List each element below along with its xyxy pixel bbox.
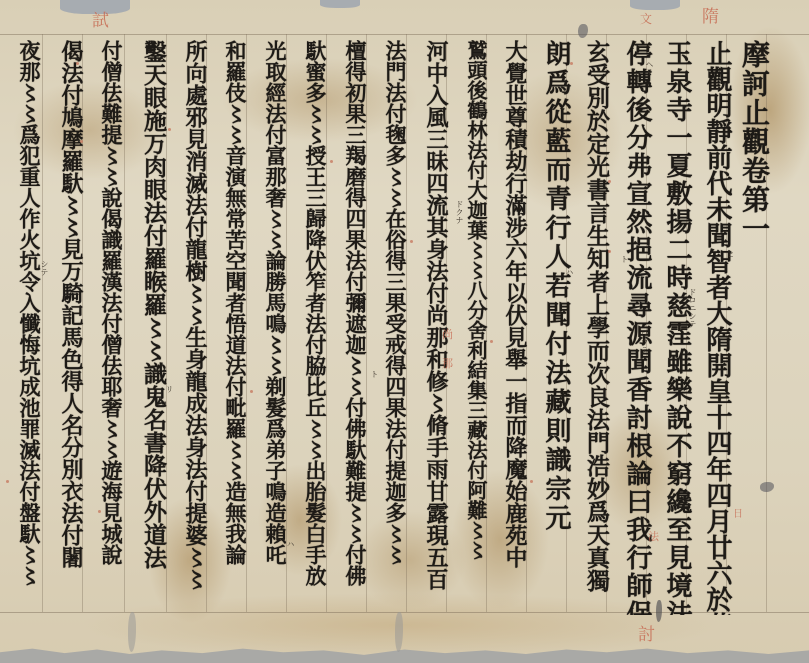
red-punctuation-dot bbox=[608, 180, 611, 183]
manuscript-column-16: 付僧佉難提〻〻說偈識羅漢法付僧佉耶奢〻〻遊海見城說 bbox=[90, 40, 130, 615]
red-punctuation-dot bbox=[98, 510, 101, 513]
red-punctuation-dot bbox=[80, 140, 83, 143]
red-punctuation-dot bbox=[250, 390, 253, 393]
manuscript-column-4: 玄受別於定光書言生知者上學而次良法門浩妙爲天真獨 bbox=[575, 40, 615, 615]
interlinear-gloss: ワウテ bbox=[640, 330, 649, 354]
manuscript-column-13: 和羅伎〻〻音演無常苦空聞者悟道法付毗羅〻〻造無我論 bbox=[214, 40, 254, 615]
manuscript-column-10: 檀得初果三羯磨得四果法付彌遮迦〻〻付佛馱難提〻〻付佛 bbox=[334, 40, 374, 615]
interlinear-gloss: ハ bbox=[565, 268, 574, 276]
red-punctuation-dot bbox=[490, 340, 493, 343]
manuscript-column-6: 大覺世尊積劫行滿涉六年以伏見舉一指而降魔始鹿苑中 bbox=[494, 40, 534, 615]
top-ruling-line bbox=[0, 34, 809, 35]
interlinear-gloss: ヘリ bbox=[645, 60, 654, 76]
interlinear-gloss: ドロニシテ bbox=[688, 288, 697, 328]
ink-blot bbox=[578, 24, 588, 38]
red-punctuation-dot bbox=[570, 62, 573, 65]
ink-blot bbox=[128, 612, 136, 652]
red-annotation: 那 bbox=[442, 355, 453, 371]
interlinear-gloss: ト bbox=[620, 255, 629, 263]
manuscript-column-12: 光取經法付富那奢〻〻論勝馬鳴〻〻剃髮爲弟子鳴造賴吒 bbox=[254, 40, 294, 615]
manuscript-column-15: 鑿天眼施万肉眼法付羅睺羅〻〻識鬼名書降伏外道法 bbox=[132, 40, 172, 615]
interlinear-gloss: リ bbox=[165, 385, 174, 393]
interlinear-gloss: ト bbox=[370, 370, 379, 378]
red-annotation: 試 bbox=[92, 6, 109, 31]
manuscript-column-7: 鷲頭後鶴林法付大迦葉〻〻八分舍利結集三藏法付阿難〻〻 bbox=[455, 40, 495, 615]
red-punctuation-dot bbox=[330, 160, 333, 163]
torn-edge-bottom bbox=[0, 645, 809, 663]
torn-edge-top bbox=[320, 0, 360, 8]
manuscript-column-14: 所向處邪見消滅法付龍樹〻〻生身龍成法身法付提婆〻〻 bbox=[174, 40, 214, 615]
red-annotation: 文 bbox=[640, 10, 652, 27]
manuscript-column-9: 法門法付毱多〻〻在俗得三果受戒得四果法付提迦多〻〻 bbox=[374, 40, 414, 615]
red-annotation: 討 bbox=[638, 620, 655, 645]
red-punctuation-dot bbox=[410, 240, 413, 243]
red-annotation: 尚 bbox=[442, 326, 453, 342]
red-punctuation-dot bbox=[6, 480, 9, 483]
manuscript-title-column: 摩訶止觀卷第一 bbox=[734, 40, 774, 615]
manuscript-column-5: 朗爲從藍而青行人若聞付法藏則識宗元 bbox=[535, 40, 575, 615]
red-annotation: 隋 bbox=[702, 2, 719, 27]
interlinear-gloss: ヒ bbox=[726, 250, 735, 258]
red-punctuation-dot bbox=[76, 62, 79, 65]
ink-blot bbox=[395, 612, 403, 652]
manuscript-column-17: 偈法付鳩摩羅馱〻〻見万騎記馬色得人名分別衣法付闍 bbox=[50, 40, 90, 615]
manuscript-sheet: 摩訶止觀卷第一 止觀明靜前代未聞智者大隋開皇十四年四月廿六於荊州 玉泉寺一夏敷揚… bbox=[0, 0, 809, 663]
torn-edge-top bbox=[630, 0, 680, 10]
interlinear-gloss: シテ bbox=[40, 260, 49, 276]
manuscript-column-1: 止觀明靜前代未聞智者大隋開皇十四年四月廿六於荊州 bbox=[696, 40, 736, 615]
manuscript-column-11: 馱蜜多〻〻授王三歸降伏笮者法付脇比丘〻〻出胎髮白手放 bbox=[294, 40, 334, 615]
red-annotation: 法 bbox=[648, 528, 659, 544]
interlinear-gloss: ドクナ bbox=[455, 200, 464, 224]
red-punctuation-dot bbox=[168, 128, 171, 131]
red-punctuation-dot bbox=[608, 250, 611, 253]
red-annotation: 日 bbox=[733, 505, 743, 520]
manuscript-column-18: 夜那〻〻爲犯重人作火坑令入懺悔坑成池罪滅法付盤馱〻〻 bbox=[8, 40, 48, 615]
red-punctuation-dot bbox=[530, 480, 533, 483]
interlinear-gloss: ハ bbox=[286, 540, 295, 548]
ink-blot bbox=[656, 600, 662, 622]
